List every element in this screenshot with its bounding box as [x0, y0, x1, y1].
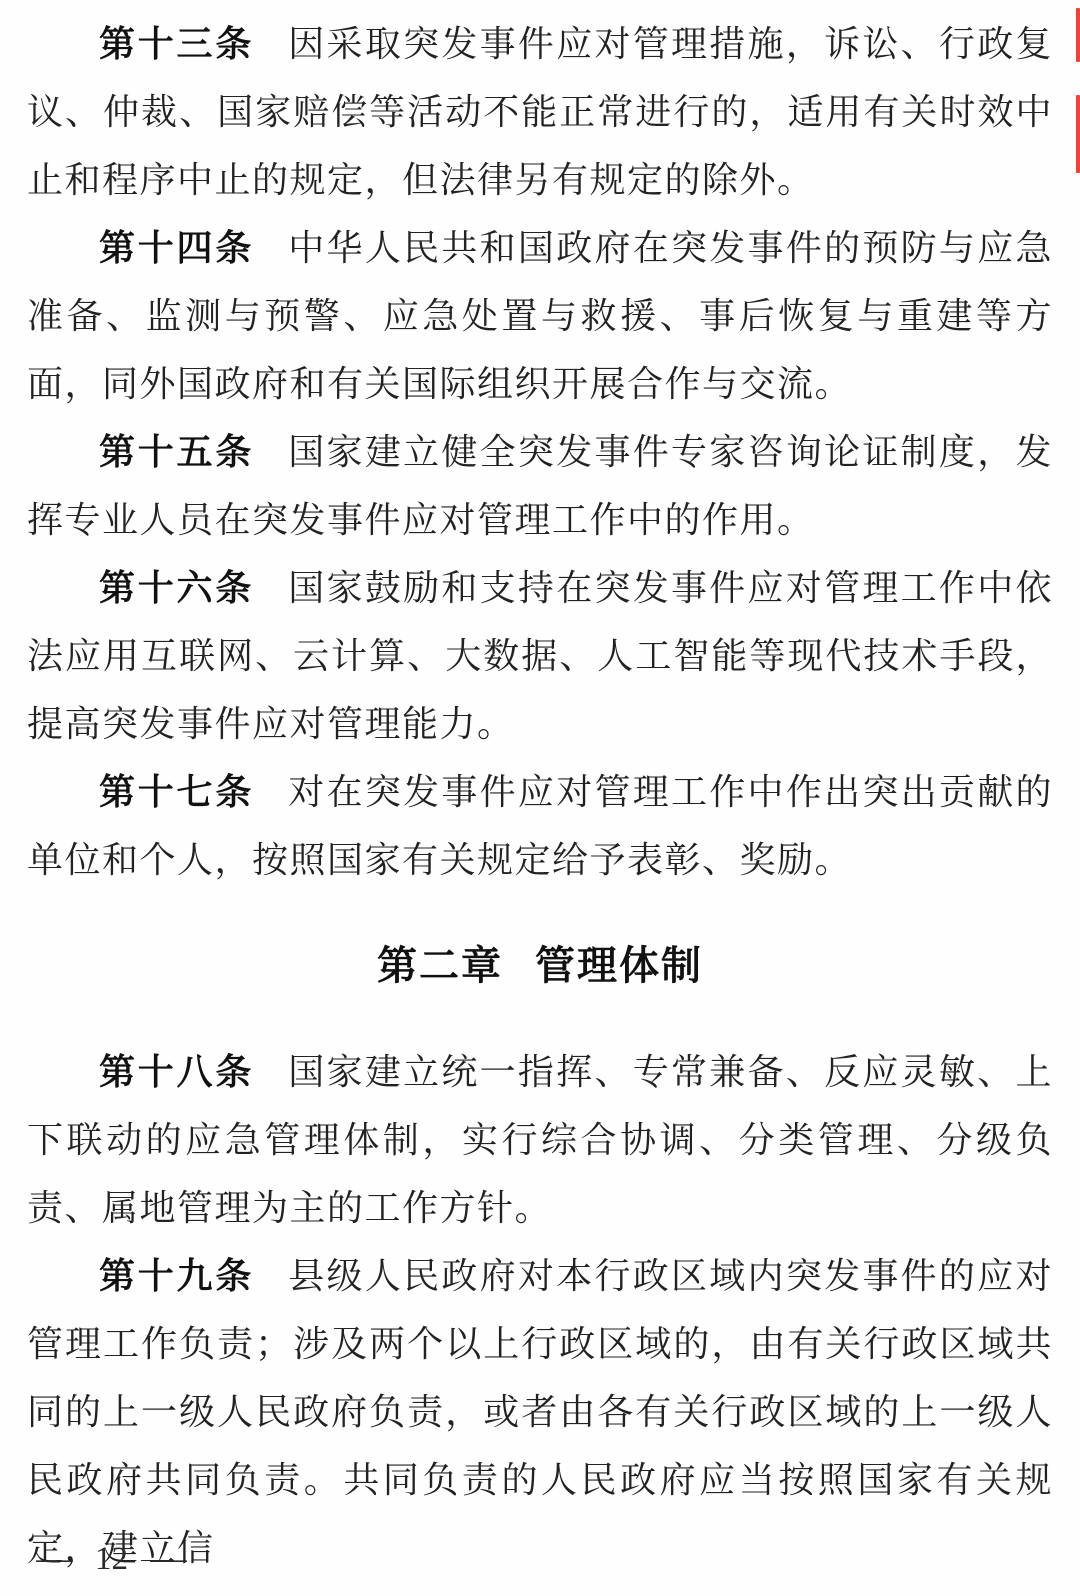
- article-text: 县级人民政府对本行政区域内突发事件的应对管理工作负责；涉及两个以上行政区域的，由…: [27, 1256, 1053, 1568]
- scan-red-edge-mark-top: [1076, 8, 1080, 62]
- article-number: 第十三条: [99, 23, 254, 64]
- footer-left-dash: —: [36, 1541, 72, 1578]
- article-list-after: 第十八条国家建立统一指挥、专常兼备、反应灵敏、上下联动的应急管理体制，实行综合协…: [27, 1038, 1053, 1582]
- scan-red-edge-mark-upper: [1076, 95, 1080, 173]
- document-text-block: 第十三条因采取突发事件应对管理措施，诉讼、行政复议、仲裁、国家赔偿等活动不能正常…: [27, 10, 1053, 1582]
- article-number: 第十七条: [99, 771, 254, 812]
- footer-right-dash: —: [150, 1541, 186, 1578]
- article-paragraph: 第十六条国家鼓励和支持在突发事件应对管理工作中依法应用互联网、云计算、大数据、人…: [27, 554, 1053, 758]
- article-list-before: 第十三条因采取突发事件应对管理措施，诉讼、行政复议、仲裁、国家赔偿等活动不能正常…: [27, 10, 1053, 894]
- page-number: 12: [95, 1541, 128, 1578]
- chapter-title: 管理体制: [535, 943, 703, 988]
- article-number: 第十八条: [99, 1051, 254, 1092]
- article-number: 第十九条: [99, 1255, 254, 1296]
- chapter-heading: 第二章管理体制: [27, 924, 1053, 1008]
- chapter-number: 第二章: [377, 943, 503, 988]
- article-paragraph: 第十九条县级人民政府对本行政区域内突发事件的应对管理工作负责；涉及两个以上行政区…: [27, 1242, 1053, 1582]
- article-paragraph: 第十七条对在突发事件应对管理工作中作出突出贡献的单位和个人，按照国家有关规定给予…: [27, 758, 1053, 894]
- article-paragraph: 第十五条国家建立健全突发事件专家咨询论证制度，发挥专业人员在突发事件应对管理工作…: [27, 418, 1053, 554]
- page-footer: — 12 —: [38, 1541, 185, 1578]
- article-paragraph: 第十三条因采取突发事件应对管理措施，诉讼、行政复议、仲裁、国家赔偿等活动不能正常…: [27, 10, 1053, 214]
- article-number: 第十六条: [99, 567, 254, 608]
- article-number: 第十五条: [99, 431, 254, 472]
- document-page: 第十三条因采取突发事件应对管理措施，诉讼、行政复议、仲裁、国家赔偿等活动不能正常…: [0, 0, 1080, 1596]
- article-number: 第十四条: [99, 227, 254, 268]
- article-paragraph: 第十八条国家建立统一指挥、专常兼备、反应灵敏、上下联动的应急管理体制，实行综合协…: [27, 1038, 1053, 1242]
- article-paragraph: 第十四条中华人民共和国政府在突发事件的预防与应急准备、监测与预警、应急处置与救援…: [27, 214, 1053, 418]
